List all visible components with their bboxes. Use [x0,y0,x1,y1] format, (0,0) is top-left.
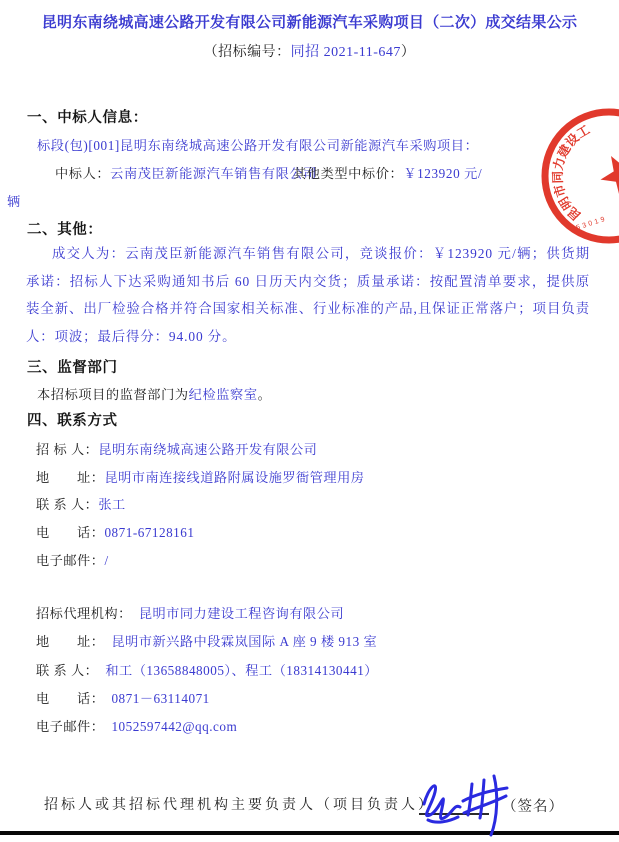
price-value: ￥123920 元/ [403,166,482,181]
row-value: 昆明东南绕城高速公路开发有限公司 [98,442,317,457]
tender-number-suffix: ） [401,45,416,60]
deal-result-paragraph: 成交人为：云南茂臣新能源汽车销售有限公司，竞谈报价：￥123920 元/辆；供货… [26,240,590,350]
supervision-prefix: 本招标项目的监督部门为 [37,387,189,402]
section-4-heading: 四、联系方式 [27,409,118,430]
handwritten-signature [408,762,583,842]
package-line: 标段(包)[001]昆明东南绕城高速公路开发有限公司新能源汽车采购项目： [37,135,478,154]
row-value: / [104,553,108,568]
supervision-suffix: 。 [258,387,272,402]
agency-row: 招标代理机构：昆明市同力建设工程咨询有限公司 [36,600,378,628]
row-label: 电子邮件： [36,553,104,568]
section-1-heading: 一、中标人信息： [27,106,148,127]
seal-star-icon [596,151,619,200]
row-label: 联 系 人： [36,663,98,678]
agency-contact-block: 招标代理机构：昆明市同力建设工程咨询有限公司 地 址：昆明市新兴路中段霖岚国际 … [36,600,378,741]
row-value: 和工（13658848005）、程工（18314130441） [105,663,378,678]
row-value: 张工 [98,497,125,512]
seal-code-digits: 53019 [575,215,608,232]
tender-number-line: （招标编号：同招 2021-11-647） [0,41,619,61]
row-label: 地 址： [36,634,104,649]
tenderer-row: 电 话：0871-67128161 [36,519,365,547]
signature-line-prefix: 招标人或其招标代理机构主要负责人（项目负责人） [44,794,435,814]
row-label: 地 址： [36,470,104,485]
row-value: 昆明市同力建设工程咨询有限公司 [139,606,344,621]
row-label: 招 标 人： [36,442,98,457]
row-value: 昆明市南连接线道路附属设施罗衙管理用房 [104,470,364,485]
winner-label: 中标人： [55,166,110,181]
section-3-heading: 三、监督部门 [27,356,118,377]
supervision-dept: 纪检监察室 [189,387,258,402]
price-label: 其他类型中标价： [293,166,403,181]
tenderer-contact-block: 招 标 人：昆明东南绕城高速公路开发有限公司 地 址：昆明市南连接线道路附属设施… [36,436,365,575]
tenderer-row: 招 标 人：昆明东南绕城高速公路开发有限公司 [36,436,365,464]
winner-name: 云南茂臣新能源汽车销售有限公司 [110,166,317,181]
row-label: 电子邮件： [36,719,104,734]
row-value: 昆明市新兴路中段霖岚国际 A 座 9 楼 913 室 [111,634,377,649]
tender-number-prefix: （招标编号： [204,45,291,60]
row-value: 1052597442@qq.com [111,719,237,734]
tender-number: 同招 2021-11-647 [291,45,401,60]
price-wrap-char: 辆 [7,191,21,210]
supervision-line: 本招标项目的监督部门为纪检监察室。 [37,384,271,403]
tenderer-row: 电子邮件：/ [36,547,365,575]
page-title: 昆明东南绕城高速公路开发有限公司新能源汽车采购项目（二次）成交结果公示 [0,11,619,32]
agency-row: 地 址：昆明市新兴路中段霖岚国际 A 座 9 楼 913 室 [36,628,378,656]
row-label: 电 话： [36,691,104,706]
row-value: 0871－63114071 [111,691,209,706]
agency-row: 电子邮件：1052597442@qq.com [36,713,378,741]
document-page: 昆明东南绕城高速公路开发有限公司新能源汽车采购项目（二次）成交结果公示 （招标编… [0,0,619,842]
row-label: 联 系 人： [36,497,98,512]
tenderer-row: 地 址：昆明市南连接线道路附属设施罗衙管理用房 [36,464,365,492]
agency-row: 联 系 人：和工（13658848005）、程工（18314130441） [36,657,378,685]
row-label: 招标代理机构： [36,606,132,621]
agency-row: 电 话：0871－63114071 [36,685,378,713]
row-value: 0871-67128161 [104,525,194,540]
section-2-heading: 二、其他： [27,218,103,239]
tenderer-row: 联 系 人：张工 [36,491,365,519]
company-seal: 昆明市同力建设工 53019 [529,96,619,266]
row-label: 电 话： [36,525,104,540]
